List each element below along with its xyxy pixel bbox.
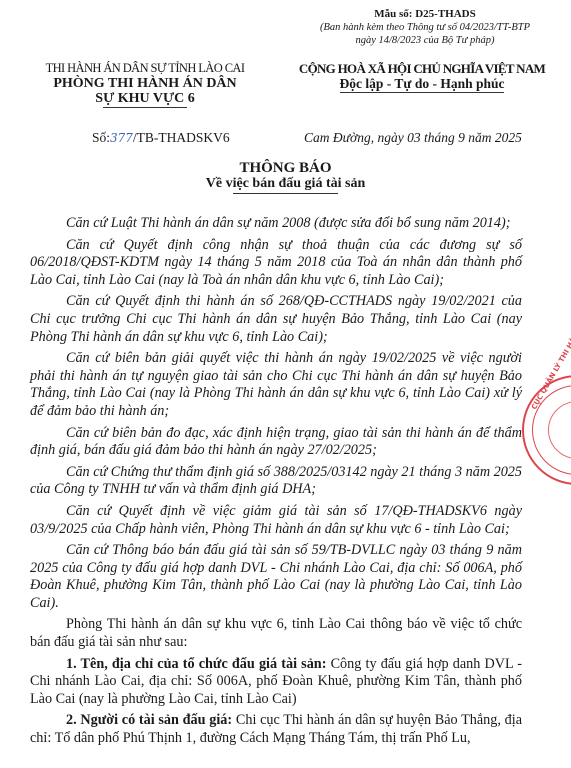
title-subject: Về việc bán đấu giá tài sản (0, 176, 571, 192)
document-number-handwritten: 377 (110, 131, 133, 145)
form-note-line2: ngày 14/8/2023 của Bộ Tư pháp) (300, 34, 550, 47)
legal-basis: Căn cứ Chứng thư thẩm định giá số 388/20… (30, 464, 522, 499)
legal-basis: Căn cứ Thông báo bán đấu giá tài sản số … (30, 542, 522, 612)
document-body: Căn cứ Luật Thi hành án dân sự năm 2008 … (30, 215, 522, 752)
form-code: Mẫu số: D25-THADS (300, 8, 550, 21)
item-label: 2. Người có tài sản đấu giá: (66, 712, 232, 728)
issuer-name-line2: SỰ KHU VỰC 6 (14, 91, 276, 106)
form-note-line1: (Ban hành kèm theo Thông tư số 04/2023/T… (300, 21, 550, 34)
national-header: CỘNG HOÀ XÃ HỘI CHỦ NGHĨA VIỆT NAM Độc l… (282, 61, 562, 93)
issuer-header: THI HÀNH ÁN DÂN SỰ TỈNH LÀO CAI PHÒNG TH… (14, 61, 276, 108)
issuer-name-line1: PHÒNG THI HÀNH ÁN DÂN (14, 76, 276, 91)
announcement-intro: Phòng Thi hành án dân sự khu vực 6, tỉnh… (30, 616, 522, 651)
document-title: THÔNG BÁO Về việc bán đấu giá tài sản (0, 160, 571, 194)
legal-basis: Căn cứ biên bản đo đạc, xác định hiện tr… (30, 425, 522, 460)
issuer-parent: THI HÀNH ÁN DÂN SỰ TỈNH LÀO CAI (14, 61, 276, 76)
motto-underline (340, 92, 504, 93)
form-reference: Mẫu số: D25-THADS (Ban hành kèm theo Thô… (300, 8, 550, 47)
legal-basis: Căn cứ Quyết định công nhận sự thoả thuậ… (30, 237, 522, 290)
title-main: THÔNG BÁO (0, 160, 571, 176)
document-number-prefix: Số: (92, 130, 110, 145)
document-number: Số:377/TB-THADSKV6 (92, 130, 230, 146)
national-name: CỘNG HOÀ XÃ HỘI CHỦ NGHĨA VIỆT NAM (282, 61, 562, 76)
item-asset-owner: 2. Người có tài sản đấu giá: Chi cục Thi… (30, 712, 522, 747)
legal-basis: Căn cứ biên bản giải quyết việc thi hành… (30, 350, 522, 420)
item-auction-organization: 1. Tên, địa chỉ của tổ chức đấu giá tài … (30, 656, 522, 709)
legal-basis: Căn cứ Quyết định thi hành án số 268/QĐ-… (30, 293, 522, 346)
item-label: 1. Tên, địa chỉ của tổ chức đấu giá tài … (66, 656, 326, 672)
stamp-text: CỤC QUẢN LÝ THI HÀNH ÁN DÂN SỰ (530, 286, 571, 411)
place-date: Cam Đường, ngày 03 tháng 9 năm 2025 (304, 130, 522, 146)
title-underline (233, 193, 338, 194)
legal-basis: Căn cứ Quyết định về việc giảm giá tài s… (30, 503, 522, 538)
national-motto: Độc lập - Tự do - Hạnh phúc (282, 76, 562, 91)
issuer-underline (103, 107, 187, 108)
document-number-suffix: /TB-THADSKV6 (133, 130, 230, 145)
official-seal-stamp: CỤC QUẢN LÝ THI HÀNH ÁN DÂN SỰ (522, 375, 571, 485)
legal-basis: Căn cứ Luật Thi hành án dân sự năm 2008 … (30, 215, 522, 233)
